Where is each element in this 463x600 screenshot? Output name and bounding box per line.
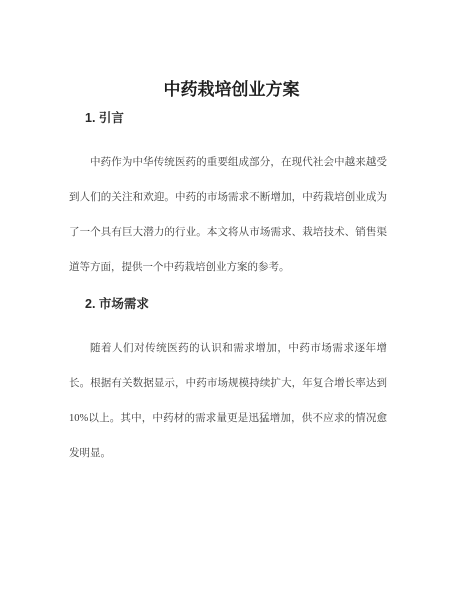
- paragraph-market-demand: 随着人们对传统医药的认识和需求增加，中药市场需求逐年增长。根据有关数据显示，中药…: [69, 331, 387, 471]
- document-page: 中药栽培创业方案 1. 引言 中药作为中华传统医药的重要组成部分，在现代社会中越…: [0, 0, 463, 600]
- section-heading-introduction: 1. 引言: [85, 112, 463, 125]
- paragraph-introduction: 中药作为中华传统医药的重要组成部分，在现代社会中越来越受到人们的关注和欢迎。中药…: [69, 145, 387, 285]
- section-heading-market-demand: 2. 市场需求: [85, 298, 463, 311]
- document-title: 中药栽培创业方案: [0, 81, 463, 99]
